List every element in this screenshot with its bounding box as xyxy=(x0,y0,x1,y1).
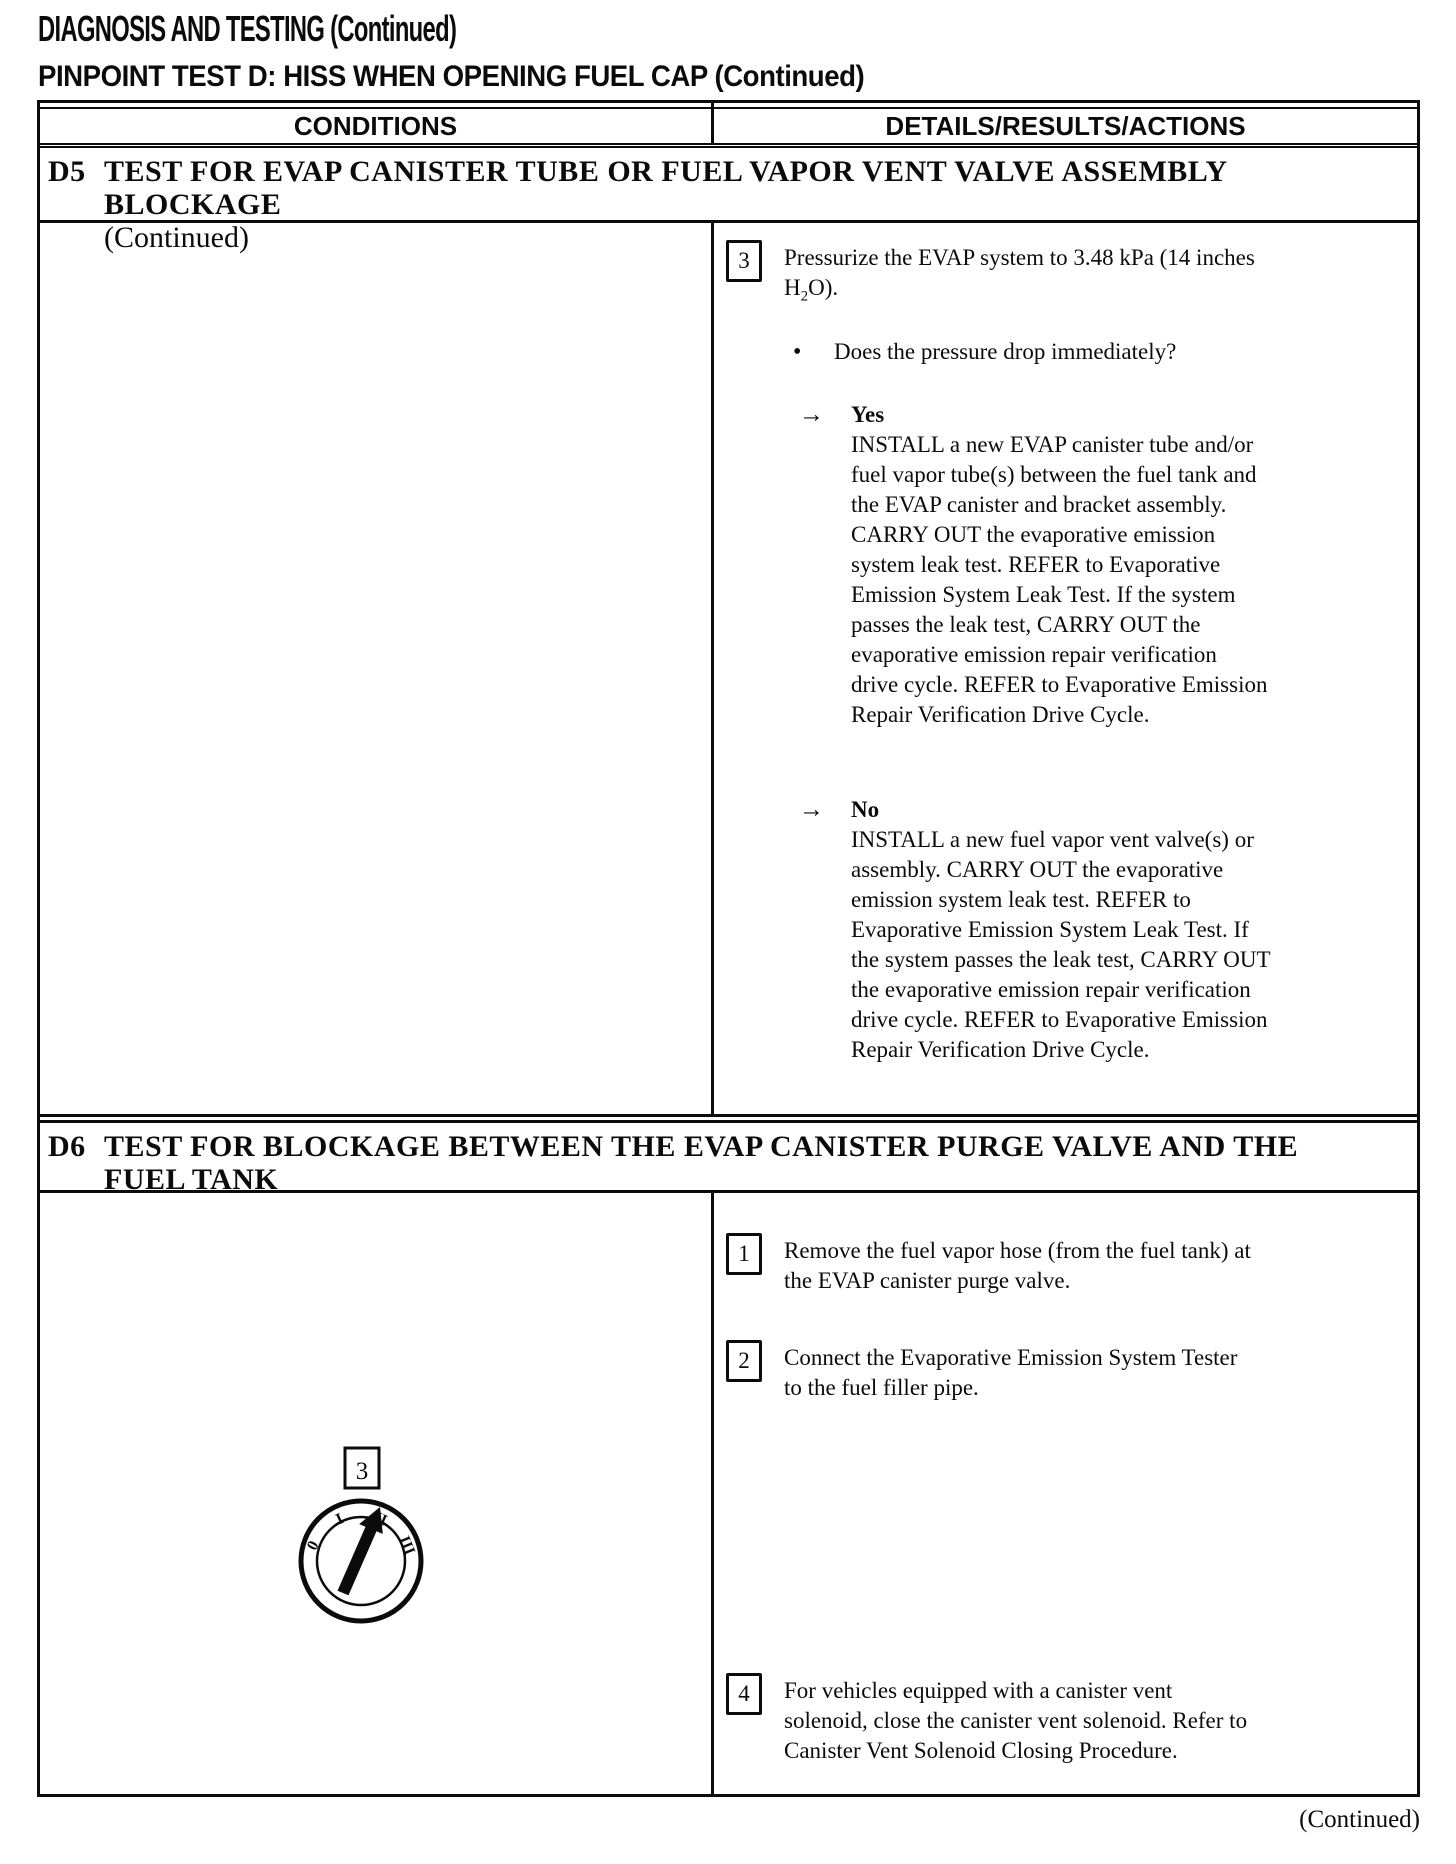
step-1-text: Remove the fuel vapor hose (from the fue… xyxy=(784,1233,1251,1296)
h2o-h: H xyxy=(784,275,801,300)
page-title: DIAGNOSIS AND TESTING (Continued) xyxy=(38,8,456,50)
yes-line: evaporative emission repair verification xyxy=(851,640,1267,670)
step-4-number-box: 4 xyxy=(726,1673,762,1715)
no-line: drive cycle. REFER to Evaporative Emissi… xyxy=(851,1005,1271,1035)
table-header-row: CONDITIONS DETAILS/RESULTS/ACTIONS xyxy=(40,103,1417,145)
yes-line: passes the leak test, CARRY OUT the xyxy=(851,610,1267,640)
right-arrow-icon: → xyxy=(799,795,851,825)
yes-line: Repair Verification Drive Cycle. xyxy=(851,700,1267,730)
yes-line: INSTALL a new EVAP canister tube and/or xyxy=(851,430,1267,460)
ignition-step-number: 3 xyxy=(356,1458,369,1485)
question-text: Does the pressure drop immediately? xyxy=(834,337,1176,367)
step-id-d5: D5 xyxy=(48,155,104,188)
manual-page: { "colors": { "ink": "#0b0b0b", "paper":… xyxy=(0,0,1456,1864)
pinpoint-test-table: CONDITIONS DETAILS/RESULTS/ACTIONS D5 TE… xyxy=(37,100,1420,1797)
no-line: assembly. CARRY OUT the evaporative xyxy=(851,855,1271,885)
step-3-number-box: 3 xyxy=(726,240,762,282)
step-2-line: Connect the Evaporative Emission System … xyxy=(784,1343,1237,1373)
no-line: the evaporative emission repair verifica… xyxy=(851,975,1271,1005)
yes-result-block: → Yes INSTALL a new EVAP canister tube a… xyxy=(799,400,1267,730)
body-row-d5: 3 Pressurize the EVAP system to 3.48 kPa… xyxy=(40,223,1417,1117)
step-3-line-2: H2O). xyxy=(784,273,1255,303)
step-1-line: the EVAP canister purge valve. xyxy=(784,1266,1251,1296)
step-2-text: Connect the Evaporative Emission System … xyxy=(784,1340,1237,1403)
yes-line: fuel vapor tube(s) between the fuel tank… xyxy=(851,460,1267,490)
section-title-d5-text: TEST FOR EVAP CANISTER TUBE OR FUEL VAPO… xyxy=(104,155,1227,221)
section-title-d6: TEST FOR BLOCKAGE BETWEEN THE EVAP CANIS… xyxy=(104,1130,1384,1196)
details-cell-d5: 3 Pressurize the EVAP system to 3.48 kPa… xyxy=(711,223,1417,1114)
step-3-line-1: Pressurize the EVAP system to 3.48 kPa (… xyxy=(784,243,1255,273)
step-3-text: Pressurize the EVAP system to 3.48 kPa (… xyxy=(784,240,1255,303)
body-row-d6: 3 0 I II III 1 Remove the fuel vapor hos… xyxy=(40,1193,1417,1794)
step-4-line: Canister Vent Solenoid Closing Procedure… xyxy=(784,1736,1247,1766)
right-arrow-icon: → xyxy=(799,400,851,430)
details-cell-d6: 1 Remove the fuel vapor hose (from the f… xyxy=(711,1193,1417,1794)
no-line: the system passes the leak test, CARRY O… xyxy=(851,945,1271,975)
h2o-rest: O). xyxy=(808,275,838,300)
step-2-number-box: 2 xyxy=(726,1340,762,1382)
ignition-position-0: 0 xyxy=(304,1538,323,1553)
no-line: INSTALL a new fuel vapor vent valve(s) o… xyxy=(851,825,1271,855)
yes-result-text: Yes INSTALL a new EVAP canister tube and… xyxy=(851,400,1267,730)
section-row-d5: D5 TEST FOR EVAP CANISTER TUBE OR FUEL V… xyxy=(40,146,1417,223)
h2o-subscript: 2 xyxy=(801,289,809,305)
step-1-remove-hose: 1 Remove the fuel vapor hose (from the f… xyxy=(726,1233,1251,1296)
conditions-cell-d6: 3 0 I II III xyxy=(40,1193,711,1794)
yes-line: CARRY OUT the evaporative emission xyxy=(851,520,1267,550)
step-2-line: to the fuel filler pipe. xyxy=(784,1373,1237,1403)
conditions-cell-d5 xyxy=(40,223,711,1114)
pressure-drop-question: • Does the pressure drop immediately? xyxy=(793,337,1176,367)
conditions-header: CONDITIONS xyxy=(40,103,711,143)
yes-line: system leak test. REFER to Evaporative xyxy=(851,550,1267,580)
step-id-d6: D6 xyxy=(48,1130,104,1163)
yes-label: Yes xyxy=(851,400,1267,430)
pinpoint-test-title: PINPOINT TEST D: HISS WHEN OPENING FUEL … xyxy=(38,60,864,94)
yes-line: Emission System Leak Test. If the system xyxy=(851,580,1267,610)
no-line: emission system leak test. REFER to xyxy=(851,885,1271,915)
no-line: Repair Verification Drive Cycle. xyxy=(851,1035,1271,1065)
step-1-line: Remove the fuel vapor hose (from the fue… xyxy=(784,1236,1251,1266)
step-2-connect-tester: 2 Connect the Evaporative Emission Syste… xyxy=(726,1340,1237,1403)
step-4-canister-vent: 4 For vehicles equipped with a canister … xyxy=(726,1673,1247,1766)
step-4-line: solenoid, close the canister vent soleno… xyxy=(784,1706,1247,1736)
step-1-number-box: 1 xyxy=(726,1233,762,1275)
details-results-actions-header: DETAILS/RESULTS/ACTIONS xyxy=(711,103,1417,143)
no-label: No xyxy=(851,795,1271,825)
no-result-block: → No INSTALL a new fuel vapor vent valve… xyxy=(799,795,1271,1065)
bullet-icon: • xyxy=(793,337,834,367)
step-4-text: For vehicles equipped with a canister ve… xyxy=(784,1673,1247,1766)
continued-footer: (Continued) xyxy=(1299,1806,1420,1834)
no-line: Evaporative Emission System Leak Test. I… xyxy=(851,915,1271,945)
yes-line: the EVAP canister and bracket assembly. xyxy=(851,490,1267,520)
ignition-switch-diagram: 3 0 I II III xyxy=(240,1423,480,1643)
section-row-d6: D6 TEST FOR BLOCKAGE BETWEEN THE EVAP CA… xyxy=(40,1120,1417,1193)
step-4-line: For vehicles equipped with a canister ve… xyxy=(784,1676,1247,1706)
no-result-text: No INSTALL a new fuel vapor vent valve(s… xyxy=(851,795,1271,1065)
yes-line: drive cycle. REFER to Evaporative Emissi… xyxy=(851,670,1267,700)
step-3-pressurize: 3 Pressurize the EVAP system to 3.48 kPa… xyxy=(726,240,1255,303)
